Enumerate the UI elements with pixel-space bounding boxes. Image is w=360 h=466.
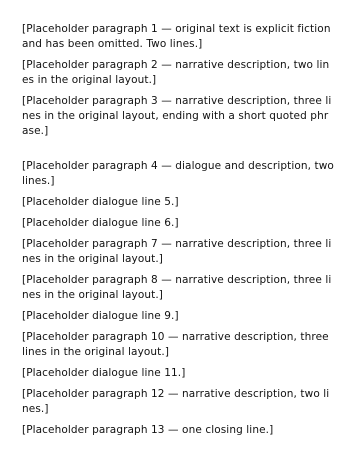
paragraph-3: [Placeholder paragraph 3 — narrative des… bbox=[22, 94, 334, 139]
dialogue-line-11: [Placeholder dialogue line 11.] bbox=[22, 366, 334, 381]
paragraph-13: [Placeholder paragraph 13 — one closing … bbox=[22, 423, 334, 438]
paragraph-7: [Placeholder paragraph 7 — narrative des… bbox=[22, 237, 334, 267]
document-page: [Placeholder paragraph 1 — original text… bbox=[0, 0, 360, 466]
dialogue-line-6: [Placeholder dialogue line 6.] bbox=[22, 216, 334, 231]
dialogue-line-5: [Placeholder dialogue line 5.] bbox=[22, 195, 334, 210]
paragraph-10: [Placeholder paragraph 10 — narrative de… bbox=[22, 330, 334, 360]
dialogue-line-9: [Placeholder dialogue line 9.] bbox=[22, 309, 334, 324]
paragraph-2: [Placeholder paragraph 2 — narrative des… bbox=[22, 58, 334, 88]
paragraph-4: [Placeholder paragraph 4 — dialogue and … bbox=[22, 159, 334, 189]
paragraph-8: [Placeholder paragraph 8 — narrative des… bbox=[22, 273, 334, 303]
paragraph-12: [Placeholder paragraph 12 — narrative de… bbox=[22, 387, 334, 417]
paragraph-1: [Placeholder paragraph 1 — original text… bbox=[22, 22, 334, 52]
